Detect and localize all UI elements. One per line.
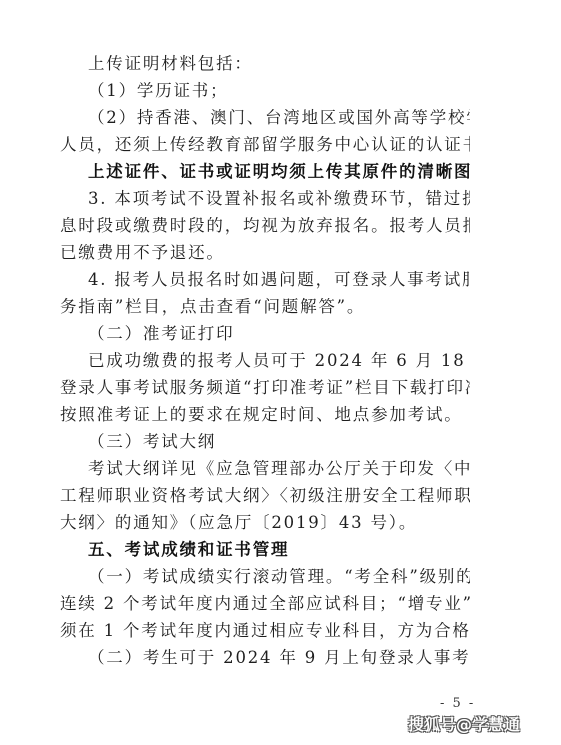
text-line: 连续 2 个考试年度内通过全部应试科目；“增专业”级别的人员: [60, 590, 470, 617]
text-line: 考试大纲详见《应急管理部办公厅关于印发〈中级注册安全: [60, 455, 470, 482]
watermark: 搜狐号@学慧通: [408, 712, 520, 735]
text-line: 息时段或缴费时段的，均视为放弃报名。报考人员报名成功后，: [60, 212, 470, 239]
text-line: 大纲〉的通知》（应急厅〔2019〕43 号）。: [60, 509, 470, 536]
heading-line: 上述证件、证书或证明均须上传其原件的清晰图片。: [60, 158, 470, 185]
text-line: （三）考试大纲: [60, 428, 470, 455]
text-line: 已缴费用不予退还。: [60, 239, 470, 266]
text-line: 已成功缴费的报考人员可于 2024 年 6 月 18 日至 6 月 23 日: [60, 347, 470, 374]
page-number: - 5 -: [440, 696, 475, 711]
text-line: （2）持香港、澳门、台湾地区或国外高等学校学历的报考: [60, 104, 470, 131]
document-page: 上传证明材料包括：（1）学历证书；（2）持香港、澳门、台湾地区或国外高等学校学历…: [60, 50, 470, 671]
text-line: 上传证明材料包括：: [60, 50, 470, 77]
text-line: 工程师职业资格考试大纲〉〈初级注册安全工程师职业资格考试: [60, 482, 470, 509]
text-line: 按照准考证上的要求在规定时间、地点参加考试。: [60, 401, 470, 428]
text-line: （一）考试成绩实行滚动管理。“考全科”级别的人员须在: [60, 563, 470, 590]
text-line: （二）准考证打印: [60, 320, 470, 347]
text-line: 登录人事考试服务频道“打印准考证”栏目下载打印准考证，并: [60, 374, 470, 401]
text-line: 4. 报考人员报名时如遇问题，可登录人事考试服务频道“服: [60, 266, 470, 293]
text-line: 人员，还须上传经教育部留学服务中心认证的认证书；: [60, 131, 470, 158]
heading-line: 五、考试成绩和证书管理: [60, 536, 470, 563]
text-line: 3. 本项考试不设置补报名或补缴费环节，错过提交报名信: [60, 185, 470, 212]
text-line: 务指南”栏目，点击查看“问题解答”。: [60, 293, 470, 320]
text-line: （1）学历证书；: [60, 77, 470, 104]
text-line: （二）考生可于 2024 年 9 月上旬登录人事考试服务频道查: [60, 644, 470, 671]
text-line: 须在 1 个考试年度内通过相应专业科目，方为合格。: [60, 617, 470, 644]
